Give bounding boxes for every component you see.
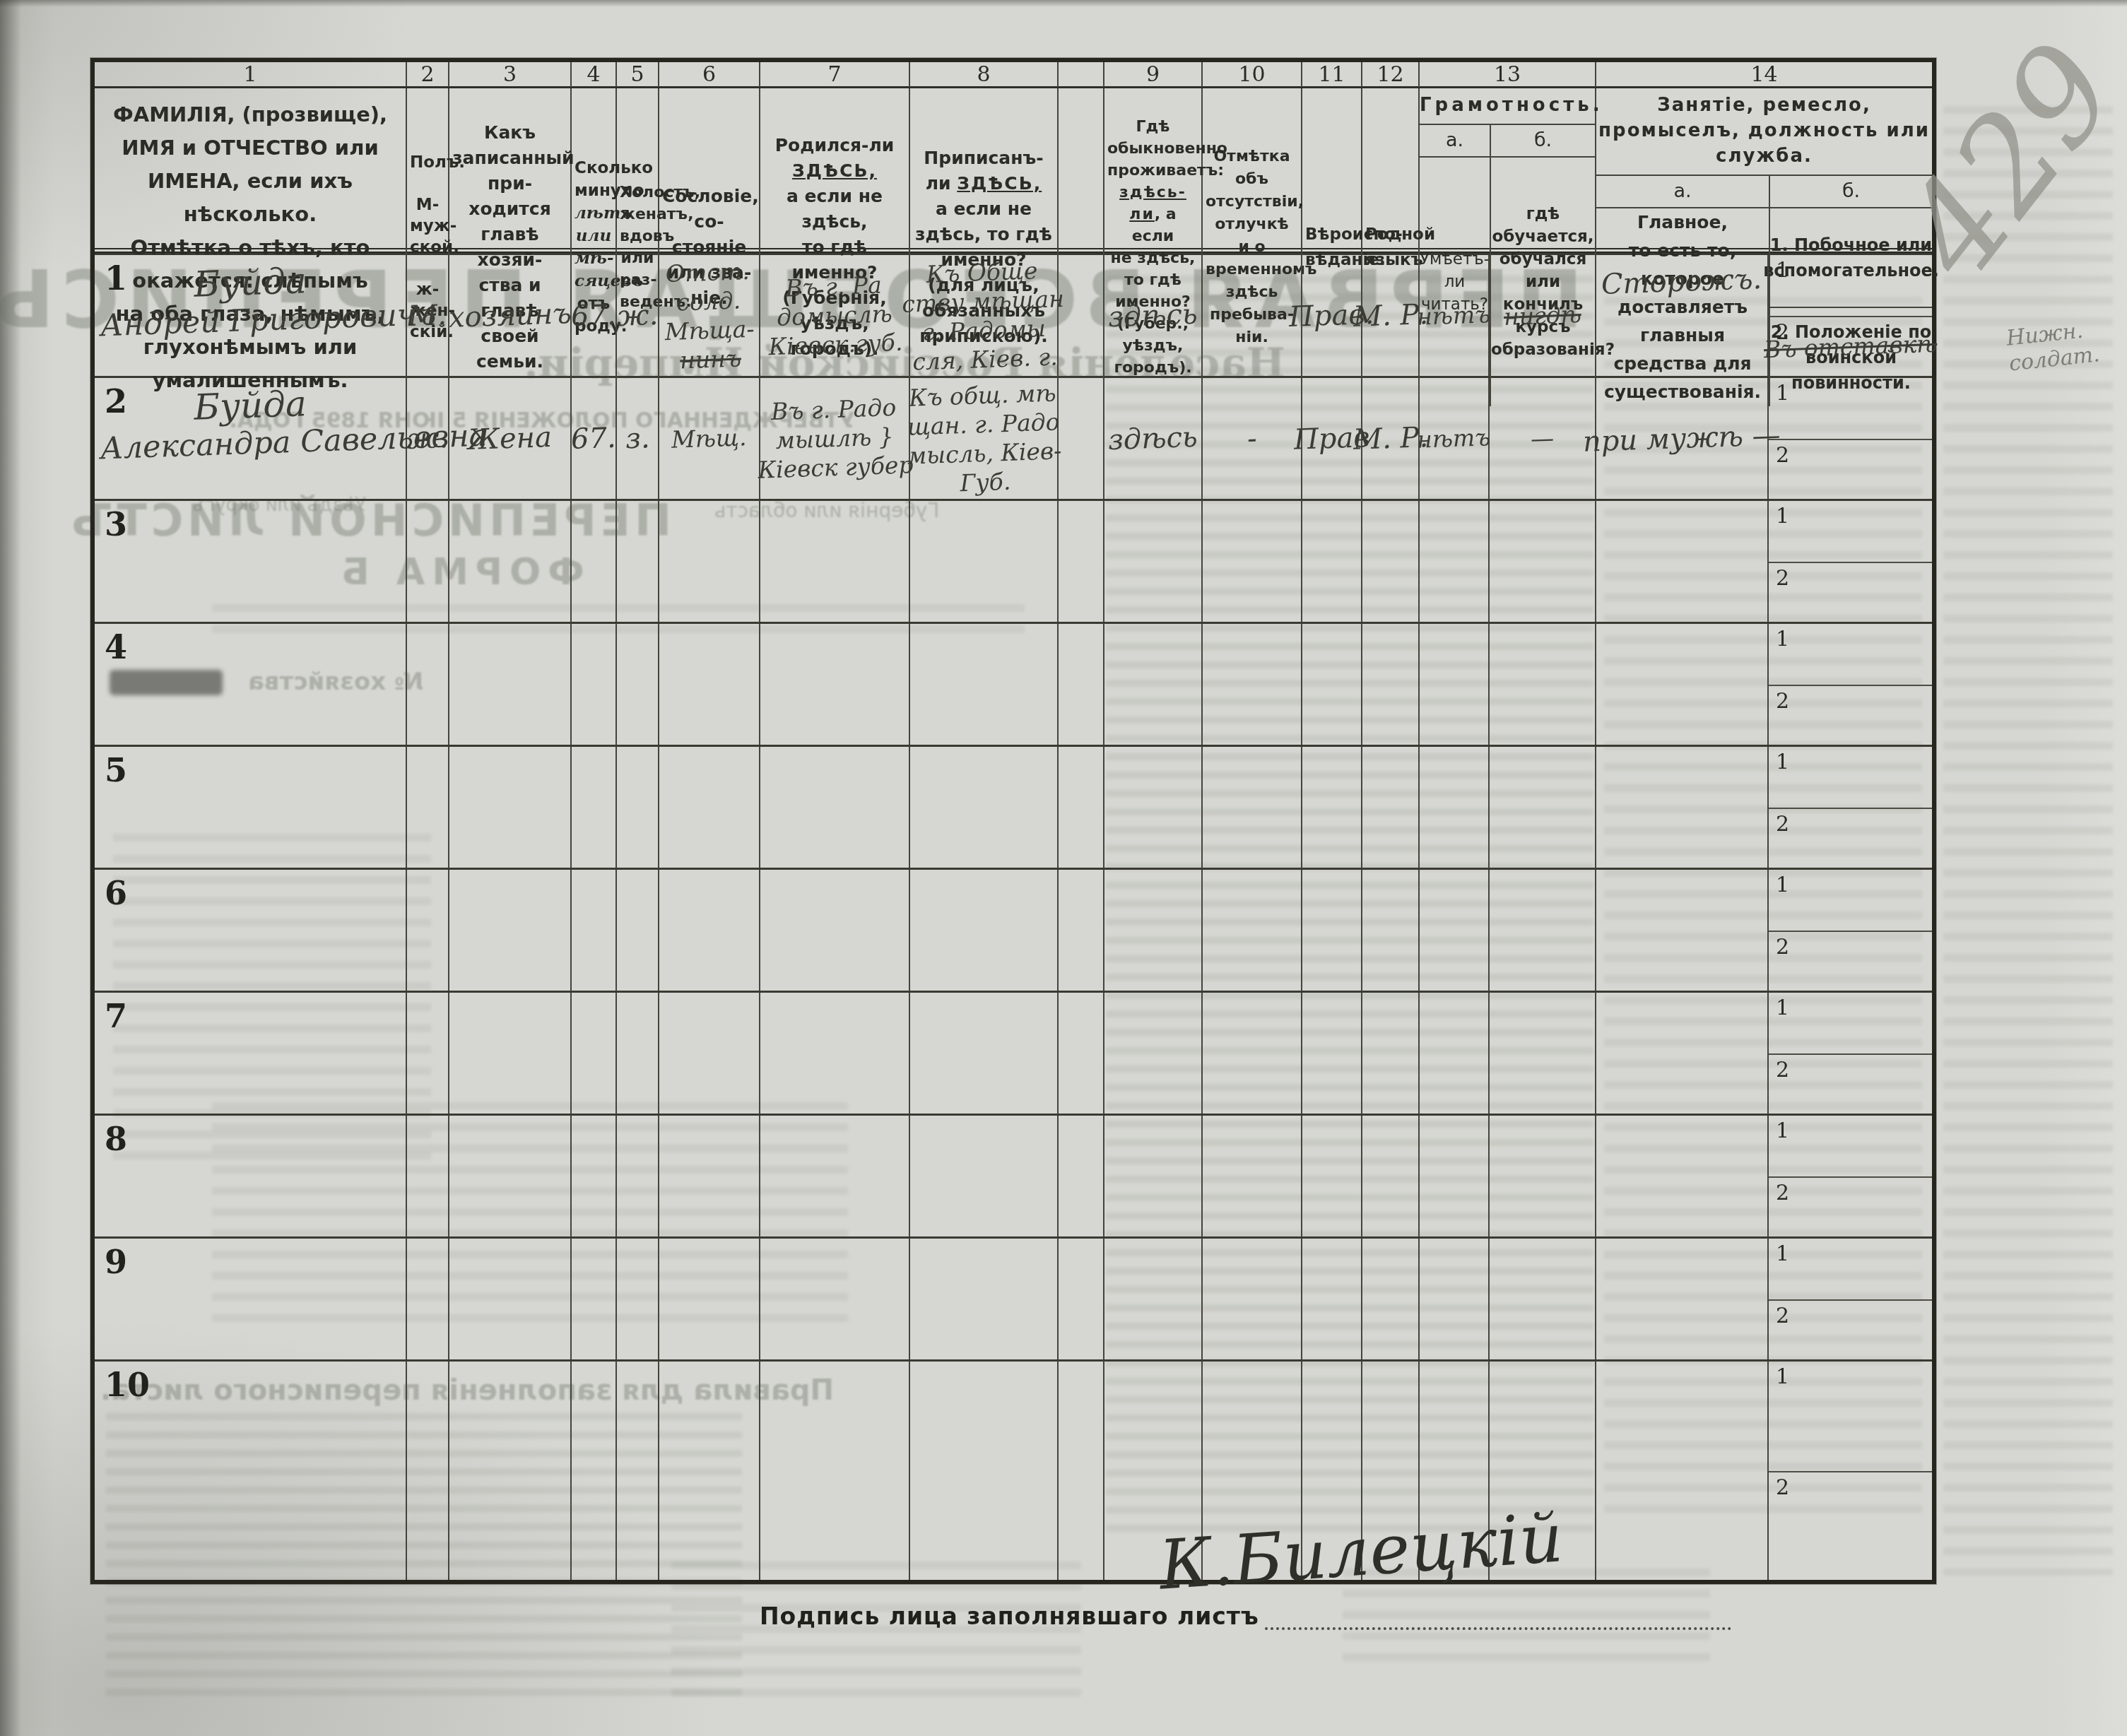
cell-estate: Мѣщ. <box>659 378 760 499</box>
cell-sex <box>407 1239 449 1359</box>
cell-marital <box>617 501 659 622</box>
cell-marital: ж. <box>617 255 659 376</box>
cell-literacy-read: нѣтъ <box>1420 378 1490 499</box>
row-number: 7 <box>105 997 127 1035</box>
cell-religion <box>1302 501 1362 622</box>
cell-birthplace <box>760 870 910 991</box>
cell-literacy-read <box>1420 993 1490 1114</box>
cell-occupation-main: при мужѣ — <box>1596 378 1769 499</box>
cell-fold-gap <box>1059 1362 1104 1580</box>
row-number: 8 <box>105 1120 127 1158</box>
cell-military-status: 2 <box>1769 685 1932 745</box>
cell-occupation-side: 1 <box>1769 501 1932 562</box>
cell-sex: М. <box>407 255 449 376</box>
cell-residence <box>1104 624 1203 745</box>
cell-military-status: 2 <box>1769 1299 1932 1360</box>
cell-occupation-side: 1 <box>1769 993 1932 1053</box>
cell-registration <box>910 624 1059 745</box>
cell-religion <box>1302 747 1362 868</box>
record-row: 812 <box>95 1114 1932 1236</box>
cell-language <box>1362 624 1420 745</box>
signature-dotted-line <box>1265 1620 1731 1630</box>
cell-estate: Отст.солд.Мѣща-нинъ <box>659 255 760 376</box>
cell-fold-gap <box>1059 747 1104 868</box>
record-row: 1012 <box>95 1359 1932 1580</box>
cell-sex <box>407 1362 449 1580</box>
cell-estate <box>659 624 760 745</box>
cell-name: 7 <box>95 993 407 1114</box>
cell-relation <box>449 1116 572 1236</box>
cell-occupation-side-military: 12 <box>1769 1362 1932 1580</box>
cell-absence <box>1203 1239 1302 1359</box>
cell-language: М. Р. <box>1362 378 1420 499</box>
cell-marital <box>617 1116 659 1236</box>
cell-religion <box>1302 870 1362 991</box>
cell-fold-gap <box>1059 1116 1104 1236</box>
cell-language <box>1362 993 1420 1114</box>
column-number: 1 <box>95 62 407 87</box>
cell-sex <box>407 870 449 991</box>
cell-residence: здѣсь <box>1104 378 1203 499</box>
literacy-sub-b-label: б. <box>1491 125 1595 158</box>
cell-marital <box>617 870 659 991</box>
cell-military-status: 2Въ отставкѣ <box>1769 316 1932 377</box>
scan-shadow-top <box>0 0 2127 7</box>
cell-marital <box>617 993 659 1114</box>
cell-registration <box>910 1362 1059 1580</box>
column-number: 9 <box>1104 62 1203 87</box>
cell-occupation-main <box>1596 1362 1769 1580</box>
cell-occupation-side-military: 12Въ отставкѣ <box>1769 255 1932 376</box>
column-number: 11 <box>1302 62 1362 87</box>
cell-age: 67. <box>572 378 617 499</box>
cell-occupation-side: 1 <box>1769 870 1932 931</box>
cell-sex <box>407 993 449 1114</box>
column-number: 12 <box>1362 62 1420 87</box>
cell-estate <box>659 993 760 1114</box>
row-number: 3 <box>105 505 127 543</box>
row-number: 10 <box>105 1366 150 1404</box>
cell-occupation-main <box>1596 1239 1769 1359</box>
cell-occupation-side: 1 <box>1769 1116 1932 1176</box>
cell-literacy-school <box>1490 1239 1596 1359</box>
cell-absence <box>1203 1116 1302 1236</box>
cell-registration <box>910 501 1059 622</box>
record-row: 712 <box>95 991 1932 1114</box>
cell-language: М. Р. <box>1362 255 1420 376</box>
cell-literacy-school <box>1490 870 1596 991</box>
cell-birthplace <box>760 1116 910 1236</box>
cell-marital <box>617 1239 659 1359</box>
cell-occupation-side-military: 12 <box>1769 378 1932 499</box>
cell-birthplace: Въ г. Радомышлѣ }Кіевск губер <box>760 378 910 499</box>
cell-relation: хозяинъ <box>449 255 572 376</box>
cell-sex <box>407 624 449 745</box>
census-table: 1234567891011121314 ФАМИЛІЯ, (прозвище),… <box>90 58 1936 1584</box>
cell-occupation-side-military: 12 <box>1769 870 1932 991</box>
cell-residence <box>1104 1239 1203 1359</box>
cell-literacy-read <box>1420 870 1490 991</box>
cell-sex <box>407 501 449 622</box>
cell-occupation-side: 1 <box>1769 255 1932 316</box>
cell-military-status: 2 <box>1769 931 1932 991</box>
cell-occupation-main: Сторожъ. <box>1596 255 1769 376</box>
cell-registration <box>910 870 1059 991</box>
cell-literacy-school <box>1490 501 1596 622</box>
cell-absence <box>1203 747 1302 868</box>
cell-sex: ж. <box>407 378 449 499</box>
cell-sex <box>407 747 449 868</box>
column-number: 10 <box>1203 62 1302 87</box>
cell-name: 9 <box>95 1239 407 1359</box>
cell-fold-gap <box>1059 501 1104 622</box>
cell-registration: Къ Обществу мѣщанг. Радомысля, Кіев. г. <box>910 255 1059 376</box>
cell-name: 2БуйдаАлександра Савельевна <box>95 378 407 499</box>
record-row: 512 <box>95 745 1932 868</box>
cell-relation <box>449 870 572 991</box>
literacy-group-title: Грамотность. <box>1420 88 1595 125</box>
cell-absence <box>1203 501 1302 622</box>
cell-military-status: 2 <box>1769 439 1932 500</box>
cell-literacy-school <box>1490 993 1596 1114</box>
cell-birthplace: Въ г. РадомыслѣКіевск.губ. <box>760 255 910 376</box>
occupation-sub-a-label: а. <box>1596 176 1769 208</box>
cell-fold-gap <box>1059 255 1104 376</box>
cell-name: 6 <box>95 870 407 991</box>
cell-absence <box>1203 870 1302 991</box>
signature-label: Подпись лица заполнявшаго листъ <box>760 1602 1259 1630</box>
cell-language <box>1362 501 1420 622</box>
cell-birthplace <box>760 747 910 868</box>
cell-relation <box>449 993 572 1114</box>
cell-residence <box>1104 1116 1203 1236</box>
cell-name: 5 <box>95 747 407 868</box>
cell-literacy-school: нигдѣ <box>1490 255 1596 376</box>
cell-name: 3 <box>95 501 407 622</box>
row-number: 9 <box>105 1243 127 1281</box>
cell-relation <box>449 624 572 745</box>
cell-name: 4 <box>95 624 407 745</box>
cell-age: 67. <box>572 255 617 376</box>
cell-literacy-read: нѣтъ <box>1420 255 1490 376</box>
column-number-strip: 1234567891011121314 <box>95 62 1932 88</box>
cell-residence <box>1104 993 1203 1114</box>
cell-military-status: 2 <box>1769 1176 1932 1237</box>
table-header: ФАМИЛІЯ, (прозвище), ИМЯ и ОТЧЕСТВО илиИ… <box>95 88 1932 253</box>
cell-age <box>572 501 617 622</box>
census-sheet-scan: ПЕРВАЯ ВСЕОБЩАЯ ПЕРЕПИСЬ Населенія Россі… <box>0 0 2127 1736</box>
cell-occupation-side-military: 12 <box>1769 624 1932 745</box>
cell-religion <box>1302 1116 1362 1236</box>
cell-literacy-read <box>1420 1116 1490 1236</box>
cell-fold-gap <box>1059 1239 1104 1359</box>
cell-residence: здѣсь <box>1104 255 1203 376</box>
cell-name: 1БуйдаАндрей Григоровичъ <box>95 255 407 376</box>
column-number: 6 <box>659 62 760 87</box>
cell-birthplace <box>760 501 910 622</box>
column-number: 13 <box>1420 62 1596 87</box>
cell-relation: Жена <box>449 378 572 499</box>
column-number: 2 <box>407 62 449 87</box>
cell-sex <box>407 1116 449 1236</box>
cell-birthplace <box>760 1362 910 1580</box>
cell-registration <box>910 1239 1059 1359</box>
cell-literacy-read <box>1420 501 1490 622</box>
cell-age <box>572 870 617 991</box>
cell-birthplace <box>760 624 910 745</box>
cell-fold-gap <box>1059 378 1104 499</box>
cell-age <box>572 993 617 1114</box>
cell-absence <box>1203 624 1302 745</box>
cell-occupation-side: 1 <box>1769 747 1932 808</box>
cell-occupation-main <box>1596 870 1769 991</box>
cell-language <box>1362 1239 1420 1359</box>
cell-occupation-side: 1 <box>1769 624 1932 685</box>
cell-occupation-side-military: 12 <box>1769 1116 1932 1236</box>
table-body: 1БуйдаАндрей ГригоровичъМ.хозяинъ67.ж.От… <box>95 253 1932 1580</box>
cell-religion <box>1302 993 1362 1114</box>
cell-occupation-main <box>1596 501 1769 622</box>
cell-occupation-main <box>1596 747 1769 868</box>
cell-literacy-school <box>1490 624 1596 745</box>
cell-marital <box>617 624 659 745</box>
cell-relation <box>449 1362 572 1580</box>
cell-age <box>572 1362 617 1580</box>
column-number: 5 <box>617 62 659 87</box>
column-number: 4 <box>572 62 617 87</box>
column-number: 7 <box>760 62 910 87</box>
cell-fold-gap <box>1059 624 1104 745</box>
cell-literacy-read <box>1420 1239 1490 1359</box>
row-number: 5 <box>105 751 127 789</box>
occupation-group-title: Занятіе, ремесло, промыселъ, должность и… <box>1596 88 1932 176</box>
cell-occupation-side-military: 12 <box>1769 501 1932 622</box>
cell-language <box>1362 870 1420 991</box>
cell-military-status: 2 <box>1769 562 1932 622</box>
row-number: 4 <box>105 628 127 666</box>
cell-occupation-side: 1 <box>1769 1362 1932 1471</box>
cell-military-status: 2 <box>1769 1471 1932 1581</box>
cell-military-status: 2 <box>1769 1053 1932 1114</box>
cell-occupation-side: 1 <box>1769 1239 1932 1299</box>
cell-estate <box>659 1362 760 1580</box>
cell-occupation-side: 1 <box>1769 378 1932 439</box>
cell-relation <box>449 747 572 868</box>
cell-language <box>1362 1116 1420 1236</box>
cell-age <box>572 624 617 745</box>
cell-residence <box>1104 870 1203 991</box>
cell-absence <box>1203 993 1302 1114</box>
column-number <box>1059 62 1104 87</box>
cell-age <box>572 1116 617 1236</box>
cell-literacy-read <box>1420 624 1490 745</box>
record-row: 312 <box>95 499 1932 622</box>
cell-literacy-read <box>1420 747 1490 868</box>
record-row: 912 <box>95 1236 1932 1359</box>
cell-registration <box>910 993 1059 1114</box>
cell-birthplace <box>760 993 910 1114</box>
cell-fold-gap <box>1059 993 1104 1114</box>
cell-occupation-main <box>1596 1116 1769 1236</box>
cell-estate <box>659 1116 760 1236</box>
cell-residence <box>1104 747 1203 868</box>
cell-estate <box>659 1239 760 1359</box>
cell-name: 10 <box>95 1362 407 1580</box>
column-number: 14 <box>1596 62 1932 87</box>
cell-fold-gap <box>1059 870 1104 991</box>
cell-age <box>572 1239 617 1359</box>
cell-occupation-side-military: 12 <box>1769 1239 1932 1359</box>
cell-literacy-school: — <box>1490 378 1596 499</box>
cell-birthplace <box>760 1239 910 1359</box>
record-row: 1БуйдаАндрей ГригоровичъМ.хозяинъ67.ж.От… <box>95 253 1932 376</box>
cell-registration <box>910 747 1059 868</box>
cell-relation <box>449 501 572 622</box>
cell-estate <box>659 870 760 991</box>
cell-occupation-main <box>1596 993 1769 1114</box>
cell-language <box>1362 747 1420 868</box>
cell-estate <box>659 747 760 868</box>
record-row: 612 <box>95 868 1932 991</box>
cell-marital <box>617 1362 659 1580</box>
cell-registration: Къ общ. мѣщан. г. Радомысль, Кіев-Губ. <box>910 378 1059 499</box>
cell-marital: з. <box>617 378 659 499</box>
cell-registration <box>910 1116 1059 1236</box>
cell-literacy-school <box>1490 747 1596 868</box>
cell-age <box>572 747 617 868</box>
margin-pencil-note: Нижн. солдат. <box>2005 317 2102 377</box>
literacy-sub-a-label: а. <box>1420 125 1490 158</box>
cell-relation <box>449 1239 572 1359</box>
cell-occupation-main <box>1596 624 1769 745</box>
column-number: 8 <box>910 62 1059 87</box>
cell-literacy-school <box>1490 1116 1596 1236</box>
cell-name: 8 <box>95 1116 407 1236</box>
cell-absence: - <box>1203 378 1302 499</box>
cell-occupation-side-military: 12 <box>1769 747 1932 868</box>
cell-military-status: 2 <box>1769 808 1932 868</box>
cell-absence <box>1203 255 1302 376</box>
signature-row: Подпись лица заполнявшаго листъ <box>760 1602 1731 1630</box>
cell-marital <box>617 747 659 868</box>
record-row: 2БуйдаАлександра Савельевнаж.Жена67.з.Мѣ… <box>95 376 1932 499</box>
record-row: 412 <box>95 622 1932 745</box>
row-number: 6 <box>105 874 127 912</box>
column-number: 3 <box>449 62 572 87</box>
cell-occupation-side-military: 12 <box>1769 993 1932 1114</box>
cell-religion <box>1302 624 1362 745</box>
cell-religion <box>1302 1239 1362 1359</box>
cell-estate <box>659 501 760 622</box>
cell-residence <box>1104 501 1203 622</box>
